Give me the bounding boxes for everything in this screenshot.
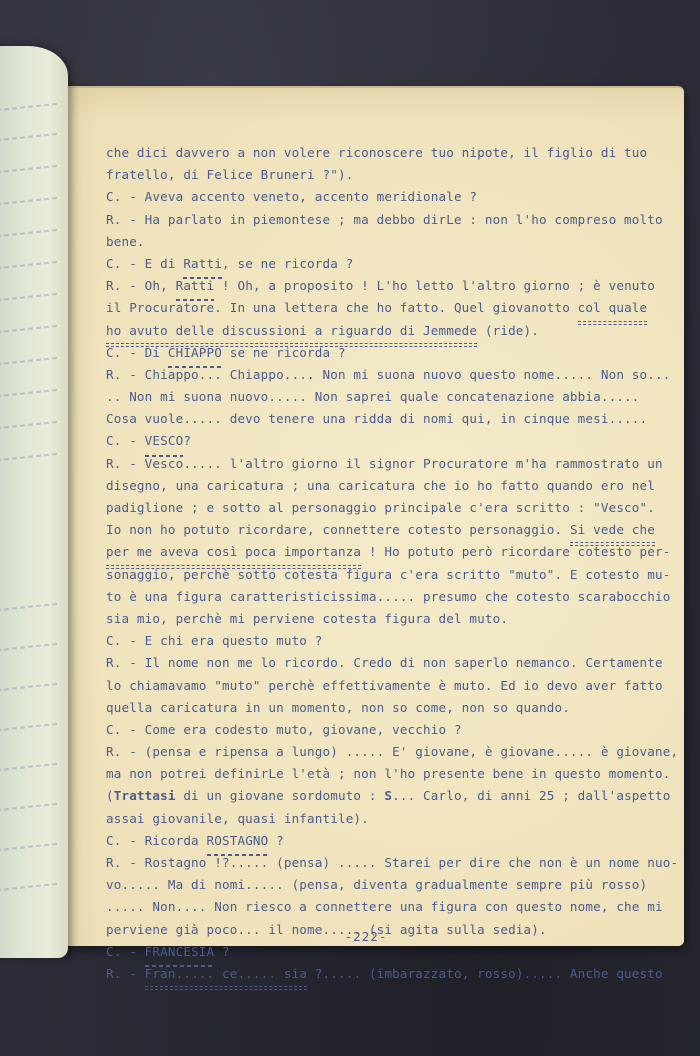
- text-segment: il Procuratore. In una lettera che ho fa…: [106, 300, 578, 315]
- text-line: lo chiamavamo "muto" perchè effettivamen…: [106, 675, 676, 697]
- text-segment: ! Oh, a proposito ! L'ho letto l'altro g…: [214, 278, 655, 293]
- text-line: ..... Non.... Non riesco a connettere un…: [106, 896, 676, 918]
- text-line: fratello, di Felice Bruneri ?").: [106, 164, 676, 186]
- text-line: R. - Vesco..... l'altro giorno il signor…: [106, 453, 676, 475]
- bleed-through-text: [0, 165, 60, 174]
- underlined-text: per me aveva così poca importanza: [106, 541, 361, 563]
- text-segment: R. - Ha parlato in piemontese ; ma debbo…: [106, 212, 663, 227]
- text-segment: ma non potrei definirLe l'età ; non l'ho…: [106, 766, 670, 781]
- underlined-text: FRANCESIA: [145, 941, 215, 963]
- text-segment: C. - Aveva accento veneto, accento merid…: [106, 189, 477, 204]
- text-line: che dici davvero a non volere riconoscer…: [106, 142, 676, 164]
- text-segment: se ne ricorda ?: [222, 345, 346, 360]
- bleed-through-text: [0, 843, 60, 852]
- text-line: C. - E chi era questo muto ?: [106, 630, 676, 652]
- text-line: C. - FRANCESIA ?: [106, 941, 676, 963]
- text-segment: R. - (pensa e ripensa a lungo) ..... E' …: [106, 744, 678, 759]
- text-segment: ... Carlo, di anni 25 ; dall'aspetto: [392, 788, 670, 803]
- text-line: Cosa vuole..... devo tenere una ridda di…: [106, 408, 676, 430]
- text-line: sonaggio, perchè sotto cotesta figura c'…: [106, 564, 676, 586]
- text-line: C. - VESCO?: [106, 430, 676, 452]
- bleed-through-text: [0, 453, 60, 462]
- text-line: ho avuto delle discussioni a riguardo di…: [106, 320, 676, 342]
- bleed-through-text: [0, 325, 60, 334]
- underlined-text: Ratti: [183, 253, 222, 275]
- text-segment: assai giovanile, quasi infantile).: [106, 811, 369, 826]
- text-segment: R. - Vesco..... l'altro giorno il signor…: [106, 456, 663, 471]
- text-line: per me aveva così poca importanza ! Ho p…: [106, 541, 676, 563]
- text-segment: C. -: [106, 433, 145, 448]
- text-segment: ?: [183, 433, 191, 448]
- text-segment: (: [106, 788, 114, 803]
- text-segment: che dici davvero a non volere riconoscer…: [106, 145, 647, 160]
- text-segment: padiglione ; e sotto al personaggio prin…: [106, 500, 655, 515]
- text-line: R. - Il nome non me lo ricordo. Credo di…: [106, 652, 676, 674]
- text-line: .. Non mi suona nuovo..... Non saprei qu…: [106, 386, 676, 408]
- bleed-through-text: [0, 723, 60, 732]
- text-line: assai giovanile, quasi infantile).: [106, 808, 676, 830]
- text-segment: vo..... Ma di nomi..... (pensa, diventa …: [106, 877, 647, 892]
- text-segment: ?: [268, 833, 283, 848]
- text-segment: C. - E di: [106, 256, 183, 271]
- text-line: C. - Come era codesto muto, giovane, vec…: [106, 719, 676, 741]
- text-segment: S: [384, 788, 392, 803]
- bleed-through-text: [0, 229, 60, 238]
- bleed-through-text: [0, 261, 60, 270]
- text-line: (Trattasi di un giovane sordomuto : S...…: [106, 785, 676, 807]
- text-line: il Procuratore. In una lettera che ho fa…: [106, 297, 676, 319]
- text-line: C. - Di CHIAPPO se ne ricorda ?: [106, 342, 676, 364]
- underlined-text: CHIAPPO: [168, 342, 222, 364]
- text-segment: quella caricatura in un momento, non so …: [106, 700, 570, 715]
- text-segment: ! Ho potuto però ricordare cotesto per-: [361, 544, 670, 559]
- bleed-through-text: [0, 293, 60, 302]
- bleed-through-text: [0, 683, 60, 692]
- bleed-through-text: [0, 357, 60, 366]
- underlined-text: VESCO: [145, 430, 184, 452]
- bleed-through-text: [0, 643, 60, 652]
- text-line: bene.: [106, 231, 676, 253]
- underlined-text: Fran..... ce..... sia: [145, 963, 307, 985]
- text-line: C. - Aveva accento veneto, accento merid…: [106, 186, 676, 208]
- underlined-text: ROSTAGNO: [207, 830, 269, 852]
- bleed-through-text: [0, 389, 60, 398]
- text-segment: sia mio, perchè mi perviene cotesta figu…: [106, 611, 508, 626]
- bleed-through-text: [0, 197, 60, 206]
- underlined-text: col quale: [578, 297, 648, 319]
- text-segment: R. - Chiappo... Chiappo.... Non mi suona…: [106, 367, 670, 382]
- text-segment: C. -: [106, 944, 145, 959]
- text-segment: , se ne ricorda ?: [222, 256, 353, 271]
- text-segment: Io non ho potuto ricordare, connettere c…: [106, 522, 570, 537]
- text-segment: C. - Ricorda: [106, 833, 207, 848]
- text-line: disegno, una caricatura ; una caricatura…: [106, 475, 676, 497]
- text-line: padiglione ; e sotto al personaggio prin…: [106, 497, 676, 519]
- bleed-through-text: [0, 133, 60, 142]
- text-line: R. - Ha parlato in piemontese ; ma debbo…: [106, 209, 676, 231]
- text-line: quella caricatura in un momento, non so …: [106, 697, 676, 719]
- text-segment: Cosa vuole..... devo tenere una ridda di…: [106, 411, 647, 426]
- text-line: R. - Fran..... ce..... sia ?..... (imbar…: [106, 963, 676, 985]
- page-number: -222-: [48, 929, 684, 944]
- bleed-through-text: [0, 103, 60, 112]
- text-segment: disegno, una caricatura ; una caricatura…: [106, 478, 655, 493]
- text-segment: bene.: [106, 234, 145, 249]
- text-line: vo..... Ma di nomi..... (pensa, diventa …: [106, 874, 676, 896]
- text-segment: to è una figura caratteristicissima.....…: [106, 589, 670, 604]
- bleed-through-text: [0, 763, 60, 772]
- text-segment: R. - Il nome non me lo ricordo. Credo di…: [106, 655, 663, 670]
- text-segment: C. - Come era codesto muto, giovane, vec…: [106, 722, 462, 737]
- text-segment: sonaggio, perchè sotto cotesta figura c'…: [106, 567, 670, 582]
- underlined-text: Ratti: [176, 275, 215, 297]
- text-line: ma non potrei definirLe l'età ; non l'ho…: [106, 763, 676, 785]
- text-segment: ?..... (imbarazzato, rosso)..... Anche q…: [307, 966, 663, 981]
- text-segment: R. - Rostagno !?..... (pensa) ..... Star…: [106, 855, 678, 870]
- text-segment: ?: [214, 944, 229, 959]
- text-segment: Trattasi: [114, 788, 176, 803]
- text-line: R. - Rostagno !?..... (pensa) ..... Star…: [106, 852, 676, 874]
- text-line: C. - E di Ratti, se ne ricorda ?: [106, 253, 676, 275]
- text-segment: di un giovane sordomuto :: [176, 788, 385, 803]
- text-segment: R. - Oh,: [106, 278, 176, 293]
- underlined-text: ho avuto delle discussioni a riguardo di…: [106, 320, 477, 342]
- text-line: Io non ho potuto ricordare, connettere c…: [106, 519, 676, 541]
- text-line: to è una figura caratteristicissima.....…: [106, 586, 676, 608]
- text-line: C. - Ricorda ROSTAGNO ?: [106, 830, 676, 852]
- text-segment: ..... Non.... Non riesco a connettere un…: [106, 899, 663, 914]
- typewritten-page: che dici davvero a non volere riconoscer…: [48, 86, 684, 946]
- bleed-through-text: [0, 883, 60, 892]
- text-segment: R. -: [106, 966, 145, 981]
- text-segment: C. - E chi era questo muto ?: [106, 633, 323, 648]
- text-segment: .. Non mi suona nuovo..... Non saprei qu…: [106, 389, 640, 404]
- text-segment: lo chiamavamo "muto" perchè effettivamen…: [106, 678, 663, 693]
- bleed-through-text: [0, 421, 60, 430]
- facing-left-page: [0, 46, 68, 958]
- bleed-through-text: [0, 603, 60, 612]
- text-line: R. - Oh, Ratti ! Oh, a proposito ! L'ho …: [106, 275, 676, 297]
- transcript-body: che dici davvero a non volere riconoscer…: [106, 142, 676, 985]
- text-segment: C. - Di: [106, 345, 168, 360]
- text-segment: fratello, di Felice Bruneri ?").: [106, 167, 353, 182]
- bleed-through-text: [0, 803, 60, 812]
- text-line: R. - (pensa e ripensa a lungo) ..... E' …: [106, 741, 676, 763]
- text-segment: (ride).: [477, 323, 539, 338]
- text-line: sia mio, perchè mi perviene cotesta figu…: [106, 608, 676, 630]
- text-line: R. - Chiappo... Chiappo.... Non mi suona…: [106, 364, 676, 386]
- underlined-text: Si vede che: [570, 519, 655, 541]
